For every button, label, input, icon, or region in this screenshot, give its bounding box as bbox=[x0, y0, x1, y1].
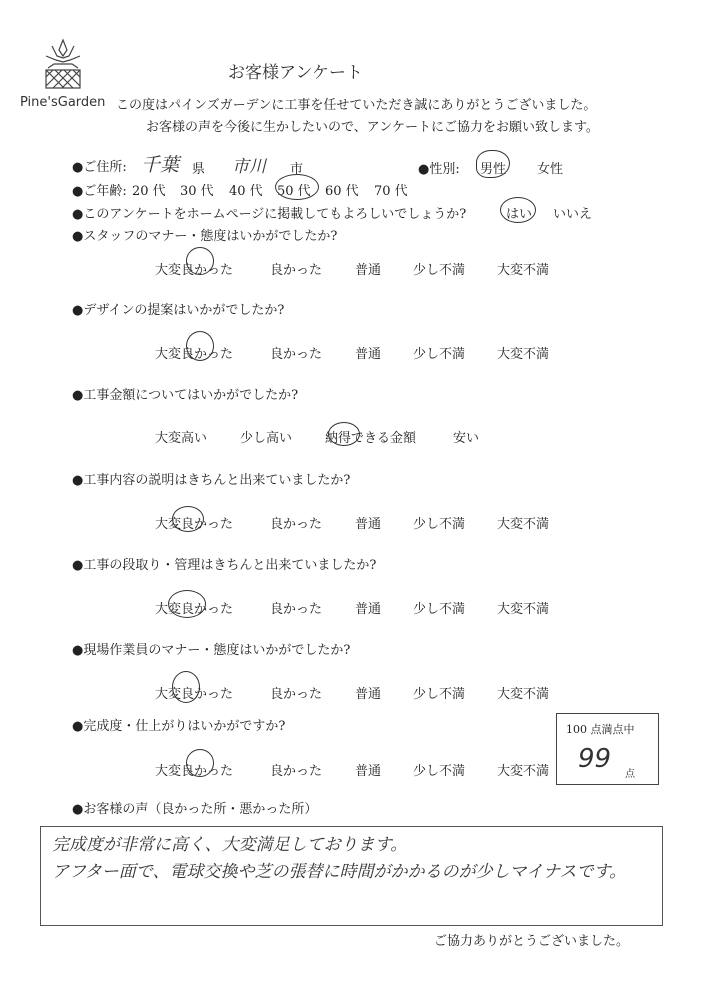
option-average[interactable]: 普通 bbox=[355, 513, 381, 532]
option-very-dissatisfied[interactable]: 大変不満 bbox=[497, 683, 549, 702]
option-average[interactable]: 普通 bbox=[355, 259, 381, 278]
selection-circle bbox=[186, 749, 214, 777]
age-option-30[interactable]: 30 代 bbox=[180, 180, 214, 199]
option-slightly-dissatisfied[interactable]: 少し不満 bbox=[413, 760, 465, 779]
age-label: ●ご年齢: bbox=[72, 180, 127, 199]
selection-circle bbox=[186, 331, 214, 361]
selection-circle bbox=[500, 197, 536, 223]
gender-option-female[interactable]: 女性 bbox=[537, 158, 563, 177]
city-field[interactable]: 市川 bbox=[232, 152, 266, 177]
question-site-worker-manner: ●現場作業員のマナー・態度はいかがでしたか? bbox=[72, 639, 350, 658]
address-label: ●ご住所: bbox=[72, 156, 127, 175]
option-slightly-dissatisfied[interactable]: 少し不満 bbox=[413, 343, 465, 362]
option-good[interactable]: 良かった bbox=[270, 259, 322, 278]
address-label-text: ●ご住所: bbox=[72, 160, 127, 175]
prefecture-field[interactable]: 千葉 bbox=[141, 150, 179, 177]
selection-circle bbox=[328, 422, 360, 446]
prefecture-suffix: 県 bbox=[192, 158, 205, 177]
question-staff-manner: ●スタッフのマナー・態度はいかがでしたか? bbox=[72, 225, 337, 244]
option-average[interactable]: 普通 bbox=[355, 598, 381, 617]
selection-circle bbox=[172, 506, 204, 532]
option-very-dissatisfied[interactable]: 大変不満 bbox=[497, 513, 549, 532]
age-option-60[interactable]: 60 代 bbox=[325, 180, 359, 199]
age-option-70[interactable]: 70 代 bbox=[374, 180, 408, 199]
intro-line-2: お客様の声を今後に生かしたいので、アンケートにご協力をお願い致します。 bbox=[146, 116, 599, 135]
selection-circle bbox=[186, 247, 214, 275]
option-very-dissatisfied[interactable]: 大変不満 bbox=[497, 343, 549, 362]
option-very-expensive[interactable]: 大変高い bbox=[155, 427, 207, 446]
customer-voice-line-2: アフター面で、電球交換や芝の張替に時間がかかるのが少しマイナスです。 bbox=[52, 857, 626, 882]
thank-you-message: ご協力ありがとうございました。 bbox=[434, 930, 629, 949]
option-slightly-dissatisfied[interactable]: 少し不満 bbox=[413, 513, 465, 532]
question-design-proposal: ●デザインの提案はいかがでしたか? bbox=[72, 299, 284, 318]
pineapple-logo-icon bbox=[40, 38, 86, 94]
score-label: 100 点満点中 bbox=[566, 721, 635, 737]
option-average[interactable]: 普通 bbox=[355, 343, 381, 362]
option-cheap[interactable]: 安い bbox=[453, 427, 479, 446]
option-very-dissatisfied[interactable]: 大変不満 bbox=[497, 598, 549, 617]
customer-voice-label: ●お客様の声（良かった所・悪かった所） bbox=[72, 798, 317, 817]
score-value[interactable]: 99 bbox=[578, 744, 611, 774]
option-average[interactable]: 普通 bbox=[355, 760, 381, 779]
option-very-dissatisfied[interactable]: 大変不満 bbox=[497, 760, 549, 779]
intro-line-1: この度はパインズガーデンに工事を任せていただき誠にありがとうございました。 bbox=[116, 94, 596, 113]
option-good[interactable]: 良かった bbox=[270, 683, 322, 702]
publish-option-no[interactable]: いいえ bbox=[553, 203, 592, 222]
option-good[interactable]: 良かった bbox=[270, 760, 322, 779]
selection-circle bbox=[275, 174, 319, 200]
option-average[interactable]: 普通 bbox=[355, 683, 381, 702]
selection-circle bbox=[172, 671, 200, 703]
score-unit: 点 bbox=[625, 765, 635, 780]
option-slightly-expensive[interactable]: 少し高い bbox=[240, 427, 292, 446]
option-very-dissatisfied[interactable]: 大変不満 bbox=[497, 259, 549, 278]
customer-voice-line-1: 完成度が非常に高く、大変満足しております。 bbox=[52, 830, 407, 855]
age-option-40[interactable]: 40 代 bbox=[229, 180, 263, 199]
age-option-20[interactable]: 20 代 bbox=[132, 180, 166, 199]
option-good[interactable]: 良かった bbox=[270, 598, 322, 617]
question-finish-quality: ●完成度・仕上がりはいかがですか? bbox=[72, 715, 285, 734]
selection-circle bbox=[168, 590, 206, 618]
publish-question: ●このアンケートをホームページに掲載してもよろしいでしょうか? bbox=[72, 203, 466, 222]
page-title: お客様アンケート bbox=[228, 58, 363, 83]
question-construction-price: ●工事金額についてはいかがでしたか? bbox=[72, 384, 298, 403]
option-good[interactable]: 良かった bbox=[270, 513, 322, 532]
gender-label: ●性別: bbox=[418, 158, 460, 177]
option-slightly-dissatisfied[interactable]: 少し不満 bbox=[413, 683, 465, 702]
brand-name: Pine'sGarden bbox=[20, 95, 105, 110]
question-work-explanation: ●工事内容の説明はきちんと出来ていましたか? bbox=[72, 469, 350, 488]
question-work-management: ●工事の段取り・管理はきちんと出来ていましたか? bbox=[72, 554, 376, 573]
option-slightly-dissatisfied[interactable]: 少し不満 bbox=[413, 259, 465, 278]
option-good[interactable]: 良かった bbox=[270, 343, 322, 362]
option-slightly-dissatisfied[interactable]: 少し不満 bbox=[413, 598, 465, 617]
